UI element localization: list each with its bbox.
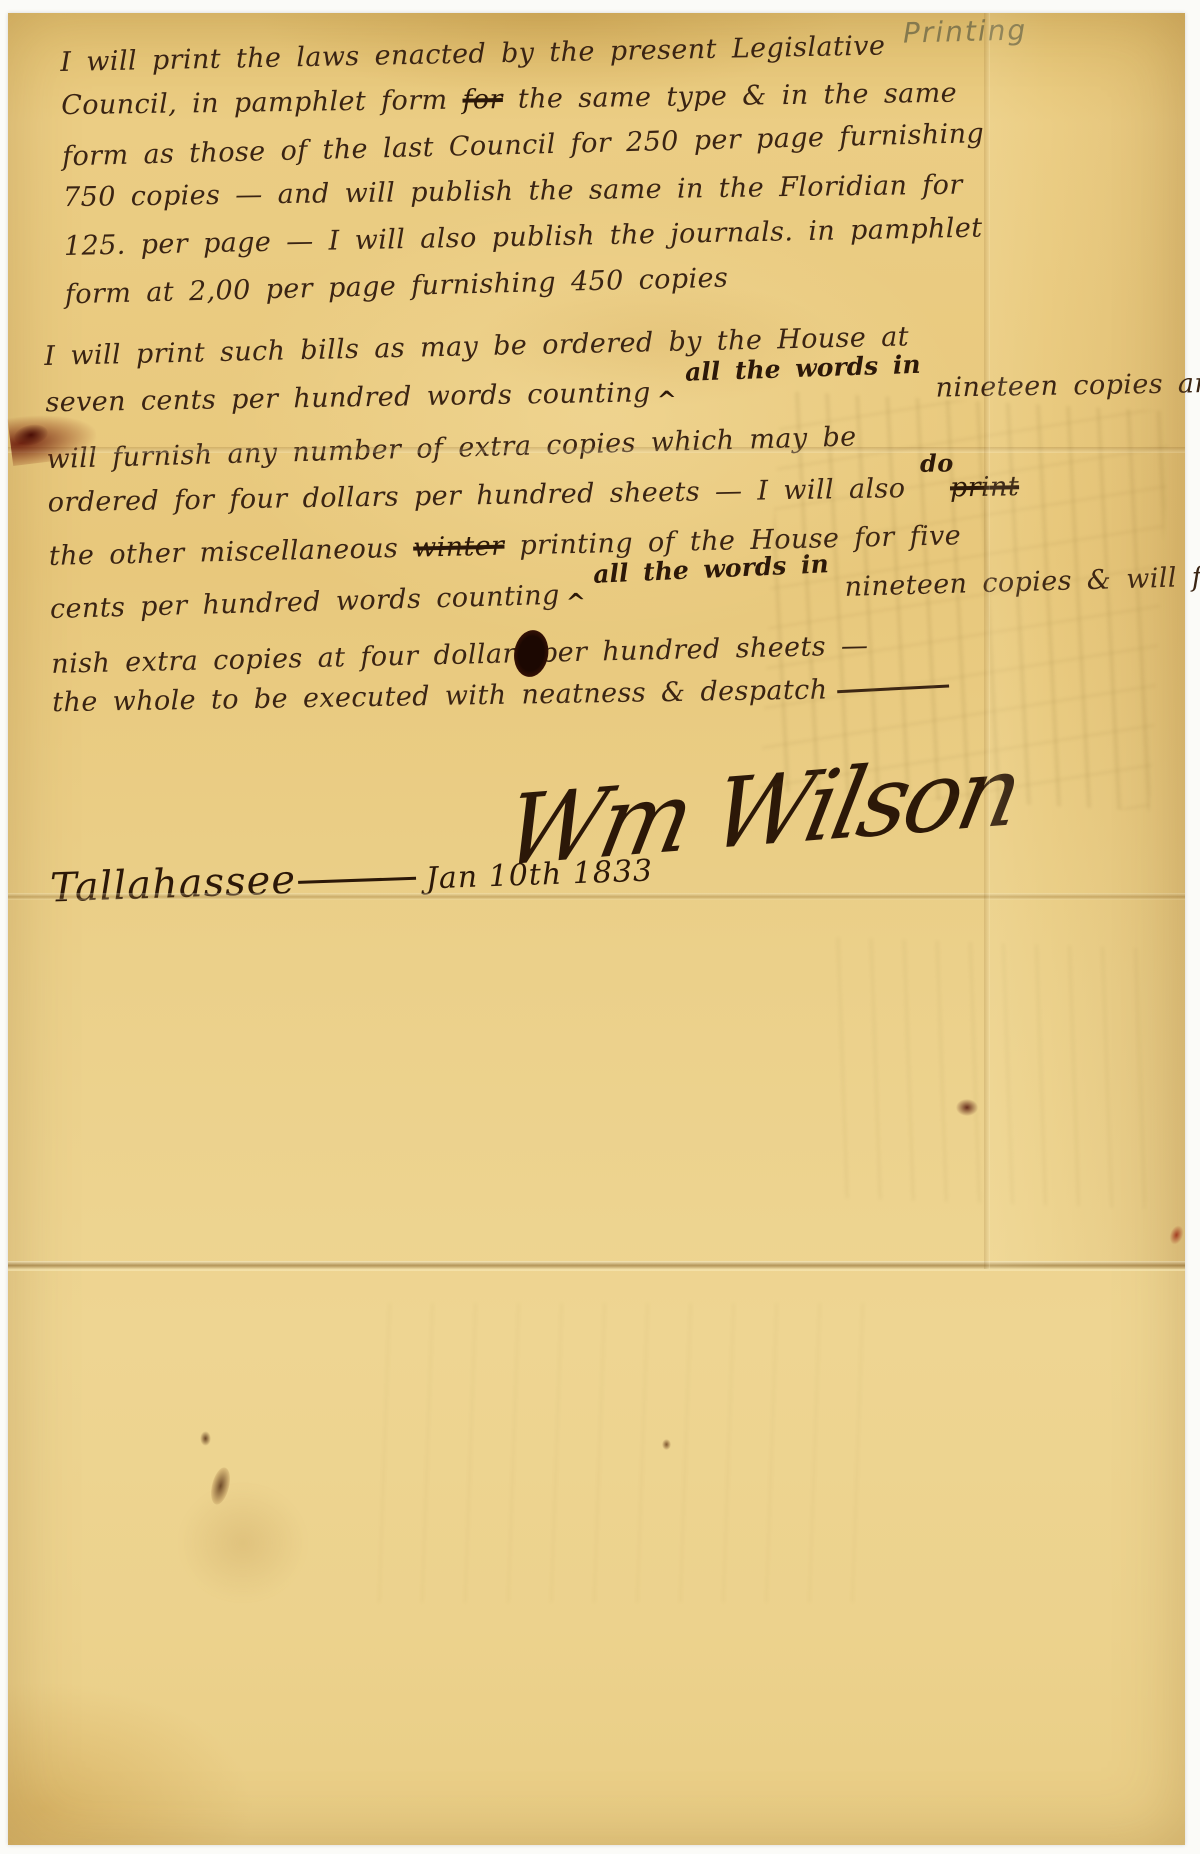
ink-speck <box>208 1466 234 1507</box>
bleed-through-writing <box>348 1303 888 1603</box>
fold-crease-horizontal <box>8 1261 1185 1271</box>
ink-blot <box>511 628 552 680</box>
ink-speck <box>200 1431 211 1446</box>
ink-speck <box>1167 1223 1186 1246</box>
line-text: nineteen copies and <box>920 368 1200 404</box>
caret-mark: ^ <box>565 587 586 617</box>
dateline-place: Tallahassee <box>49 857 296 912</box>
line-text: Council, in pamphlet form <box>61 85 463 122</box>
struck-word: winter <box>413 531 505 564</box>
pen-flourish <box>298 877 416 884</box>
ink-speck <box>662 1439 671 1450</box>
ink-speck <box>956 1099 978 1116</box>
dateline-date: Jan 10th 1833 <box>425 853 653 896</box>
line-text: the other miscellaneous <box>49 533 414 572</box>
stain-smudge <box>178 1483 308 1603</box>
red-ink-smear <box>12 422 49 449</box>
line-text: per hundred sheets — <box>540 630 869 668</box>
struck-word: for <box>462 84 503 116</box>
line-text: the same type & in the same <box>503 78 958 115</box>
struck-word: print <box>950 471 1020 503</box>
bleed-through-writing <box>816 937 1155 1208</box>
interlinear-correction: do <box>920 448 954 478</box>
paper-sheet: Printing I will print the laws enacted b… <box>8 13 1185 1845</box>
line-text: nish extra copies at four dollars <box>51 638 530 680</box>
paragraph-bills-proposal: I will print such bills as may be ordere… <box>44 314 1200 741</box>
paragraph-laws-proposal: I will print the laws enacted by the pre… <box>60 28 988 322</box>
caret-mark: ^ <box>657 385 678 414</box>
line-text: I will print the laws enacted by the pre… <box>60 30 886 78</box>
dateline: TallahasseeJan 10th 1833 <box>49 844 653 911</box>
scanned-document: Printing I will print the laws enacted b… <box>0 0 1200 1854</box>
pen-flourish <box>837 684 949 693</box>
